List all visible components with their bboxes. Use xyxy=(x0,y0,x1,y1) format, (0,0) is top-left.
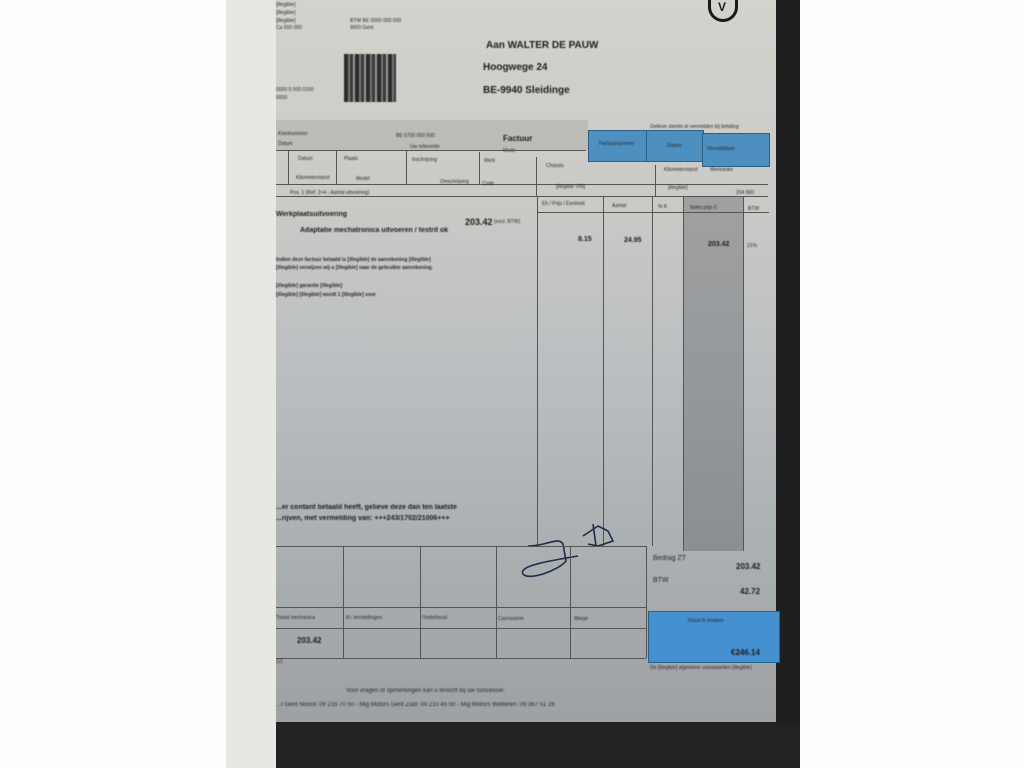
footer-line: Voor vragen of opmerkingen kan u terecht… xyxy=(346,688,505,694)
section-title: Werkplaatsuitvoering xyxy=(276,211,347,218)
bottom-column: Onderhoud xyxy=(422,615,447,621)
divider xyxy=(276,546,646,547)
sender-line: Ca 000 000 xyxy=(276,25,302,31)
divider xyxy=(570,546,571,658)
sender-ref: 0000 xyxy=(276,95,287,101)
recipient-name: Aan WALTER DE PAUW xyxy=(486,40,598,51)
column-header: Plaats xyxy=(344,156,358,162)
signature-icon xyxy=(518,516,628,586)
column-header: Aantal xyxy=(612,203,626,209)
note-line: [illegible] garantie [illegible] xyxy=(276,283,342,289)
bottom-column: Marge xyxy=(574,616,588,622)
sender-line: [illegible] xyxy=(276,2,295,8)
note-line: Indien deze factuur betaald is [illegibl… xyxy=(276,257,431,263)
page-ref: 1/1 xyxy=(276,659,283,665)
note-line: [illegible] verwijzen wij u [illegible] … xyxy=(276,265,433,271)
bottom-column: Totaal mechanica xyxy=(276,615,315,621)
invoice-date-cell: Datum xyxy=(646,130,704,162)
chassis-value: [illegible VIN] xyxy=(556,184,585,190)
column-header: Netto prijs € xyxy=(690,205,717,211)
km-value: [illegible] xyxy=(668,185,687,191)
header-field: Datum xyxy=(278,141,293,147)
row-value: Kilometerstand xyxy=(296,175,329,181)
column-header: % K xyxy=(658,204,667,210)
column-header: Merk xyxy=(484,158,495,164)
sender-city: 9000 Gent xyxy=(350,25,373,31)
divider xyxy=(276,150,586,151)
divider xyxy=(496,546,497,658)
column-header: Datum xyxy=(298,156,313,162)
sender-line: [illegible] xyxy=(276,18,295,24)
row-value: Code xyxy=(482,181,494,187)
divider xyxy=(603,196,604,546)
dark-surface-bottom xyxy=(276,722,800,768)
divider xyxy=(276,184,768,185)
divider xyxy=(288,150,289,184)
vat-rate: 21% xyxy=(747,243,757,249)
divider xyxy=(743,196,744,551)
divider xyxy=(479,152,480,184)
due-date-cell: Vervaldatum xyxy=(702,133,770,167)
sender-ref: 0000 0 000 0100 xyxy=(276,87,314,93)
header-field: BE 0700 000 000 xyxy=(396,133,435,139)
row-value: Omschrijving xyxy=(440,179,469,185)
column-header: BTW xyxy=(748,206,759,212)
sender-vat: BTW BE 0000 000 000 xyxy=(350,18,401,24)
divider xyxy=(276,607,646,608)
section-amount-suffix: (excl. BTW) xyxy=(494,219,520,225)
total-footnote: De [illegible] algemene voorwaarden [ill… xyxy=(650,665,752,671)
sub-row: Pos. 1 (Ref. 2+4 - Aantal uitvoering) xyxy=(290,190,369,196)
divider xyxy=(655,165,656,197)
bottom-column: Kr. herstellingen xyxy=(346,615,382,621)
divider xyxy=(406,150,407,184)
payment-note: ...rijven, met vermelding van: +++243/17… xyxy=(276,515,450,522)
footer-line: ...r Gent Noord: 09 216 70 50 - Mig Moto… xyxy=(276,702,555,708)
divider xyxy=(276,658,646,659)
background-left xyxy=(0,0,226,768)
column-header: Inschrijving xyxy=(412,157,437,163)
background-right xyxy=(800,0,1024,768)
vat-value: 42.72 xyxy=(740,587,760,596)
divider xyxy=(537,212,769,213)
total-due-box: Totaal te betalen €246.14 xyxy=(648,611,780,663)
bottom-column: Carrosserie xyxy=(498,616,524,622)
invoice-label: Factuur xyxy=(503,134,532,143)
divider xyxy=(343,546,344,658)
sender-line: [illegible] xyxy=(276,10,295,16)
divider xyxy=(420,546,421,658)
total-mechanics-value: 203.42 xyxy=(297,636,321,645)
note-line: [illegible] [illegible] wordt 1 [illegib… xyxy=(276,292,376,298)
quantity: 24.95 xyxy=(624,237,642,244)
divider xyxy=(652,196,653,546)
invoice-number-cell: Factuurnummer xyxy=(588,130,648,162)
recipient-street: Hoogwege 24 xyxy=(483,62,547,73)
header-field: Klantnummer xyxy=(278,131,308,137)
paper-shadow xyxy=(226,0,276,768)
subtotal-label: Bedrag ZT xyxy=(653,555,686,562)
net-price: 203.42 xyxy=(708,241,729,248)
divider xyxy=(646,546,647,658)
divider xyxy=(536,157,537,197)
qr-code-icon xyxy=(344,54,396,102)
column-header: Chassis xyxy=(546,163,564,169)
recipient-city: BE-9940 Sleidinge xyxy=(483,85,570,96)
column-header: Eh / Prijs / Eenheid xyxy=(542,201,585,207)
section-amount: 203.42 xyxy=(465,217,493,227)
mode-label: Modo xyxy=(503,148,516,154)
vat-label: BTW xyxy=(653,577,669,584)
line-description: Adaptatie mechatronica uitvoeren / testr… xyxy=(300,227,448,234)
column-header: Kilometerstand xyxy=(664,167,697,173)
divider xyxy=(276,628,646,629)
column-header: Werkorder xyxy=(710,167,733,173)
unit-price: 8.15 xyxy=(578,236,592,243)
total-due-label: Totaal te betalen xyxy=(687,618,724,624)
divider xyxy=(336,150,337,184)
net-price-column-shade xyxy=(683,196,743,551)
row-value: Model xyxy=(356,176,370,182)
total-due-value: €246.14 xyxy=(731,648,760,657)
subtotal-value: 203.42 xyxy=(736,562,760,571)
payment-note: ...er contant betaald heeft, gelieve dez… xyxy=(276,504,457,511)
divider xyxy=(537,196,538,546)
divider xyxy=(683,196,684,551)
